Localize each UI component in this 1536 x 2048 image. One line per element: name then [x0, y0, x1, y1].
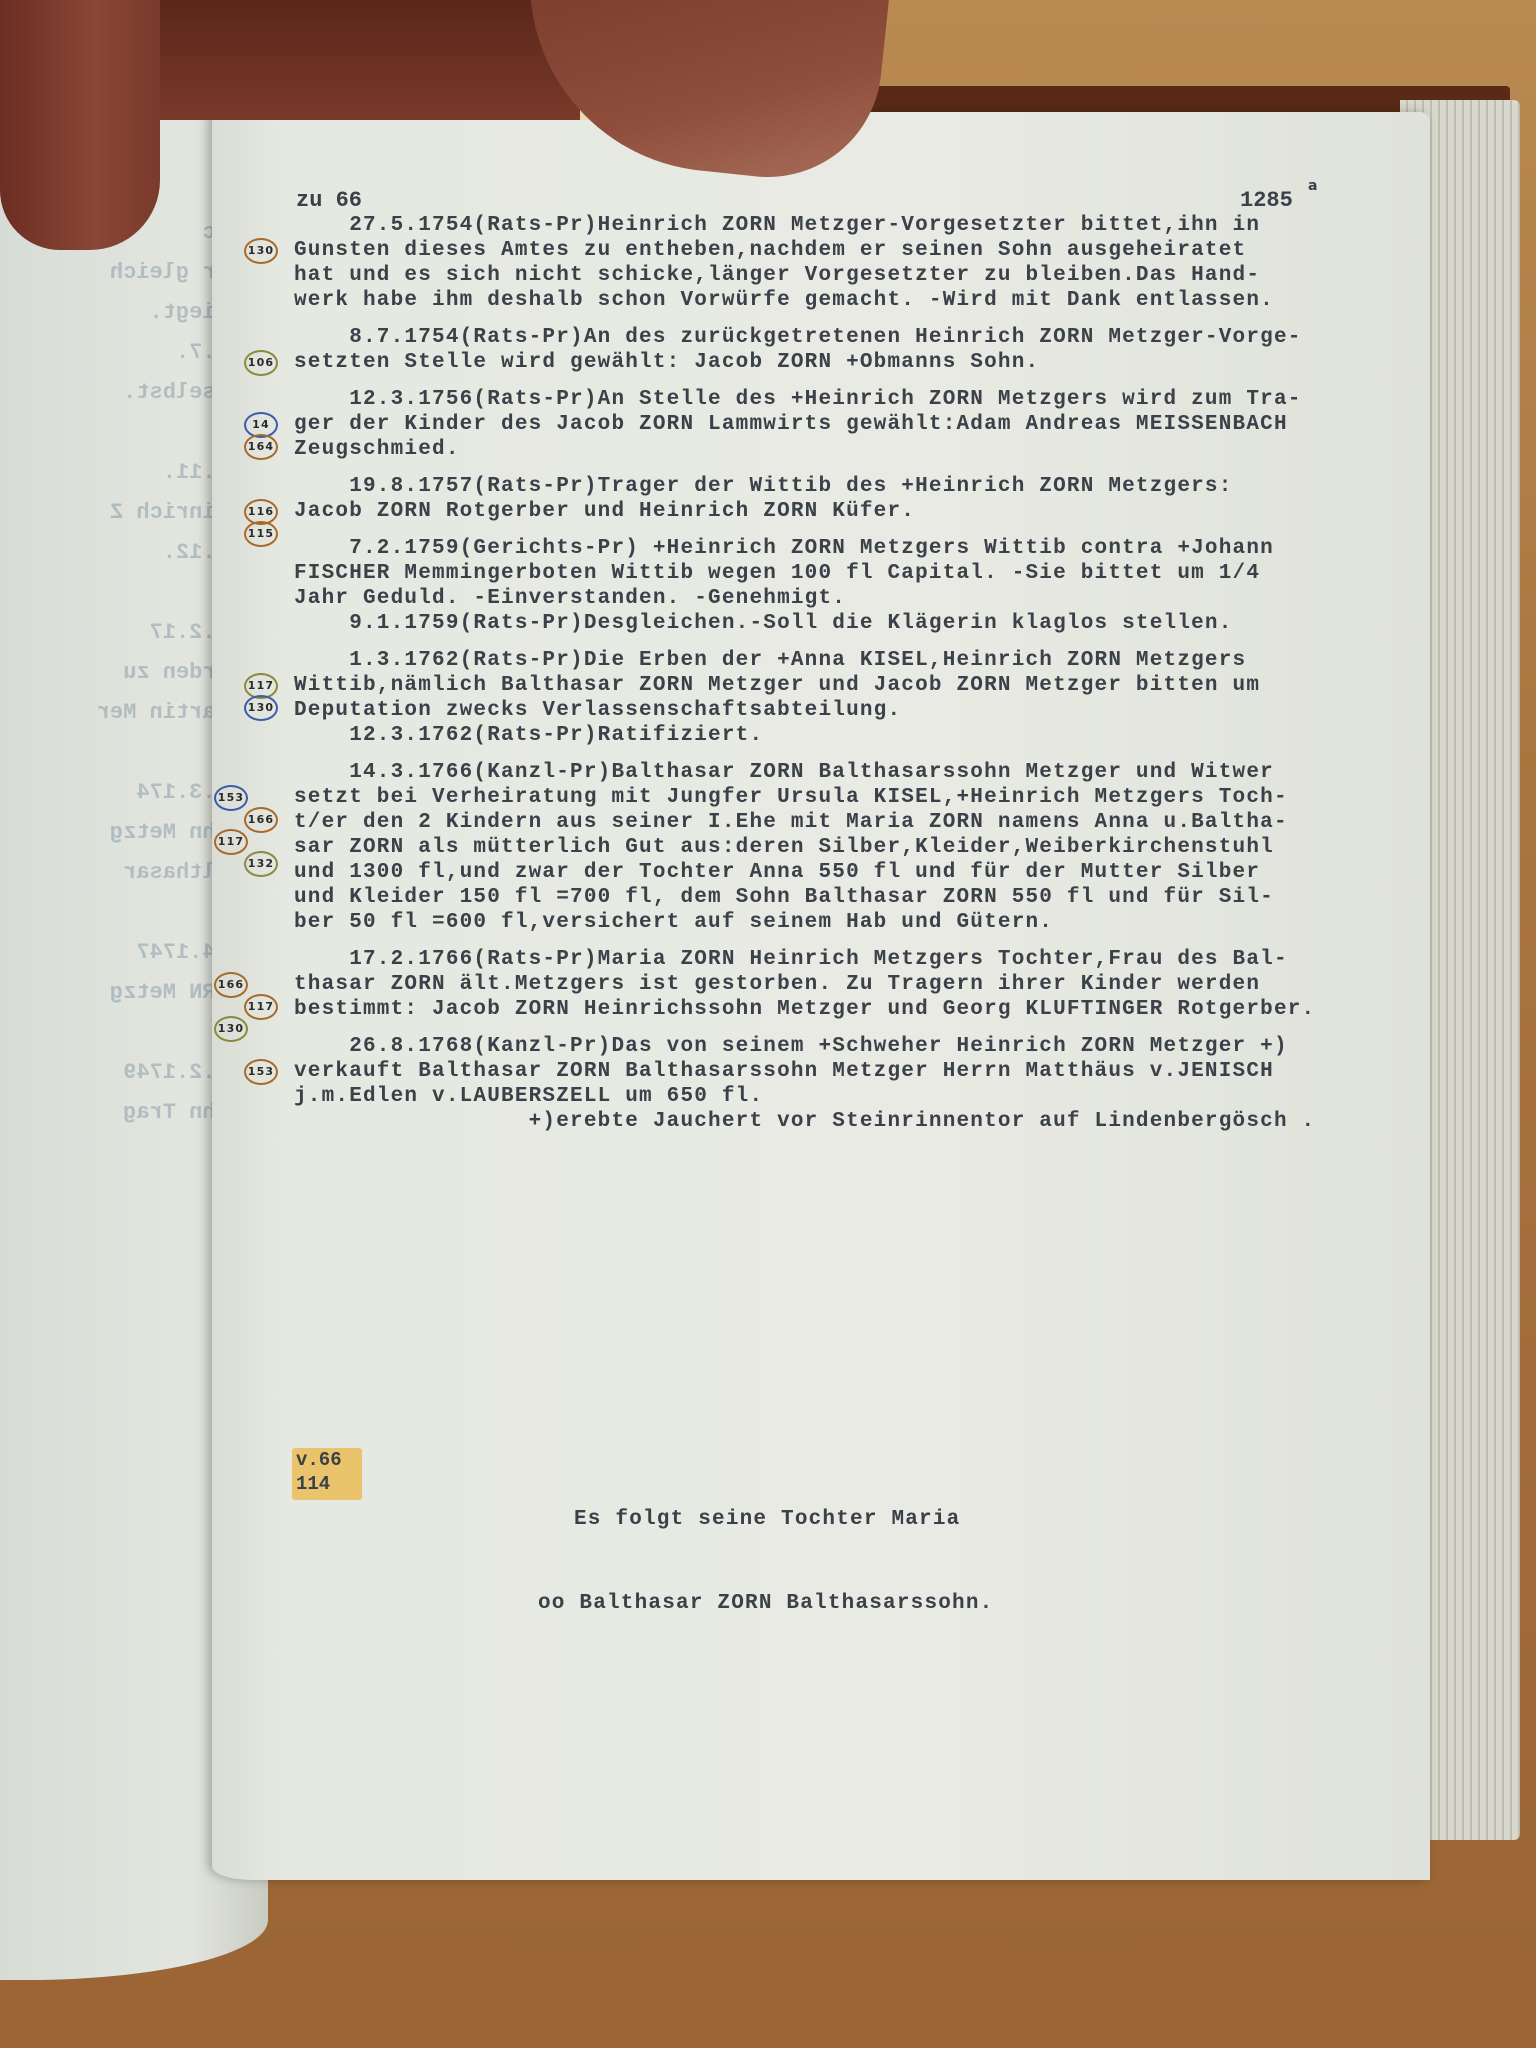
ghost-text-line: KORN Metzg — [0, 980, 242, 1006]
entry-line: FISCHER Memmingerboten Wittib wegen 100 … — [294, 561, 1434, 586]
reference-box-line: 114 — [296, 1472, 362, 1496]
ghost-text-line: Daselbst. — [0, 380, 242, 406]
entry-line: Jahr Geduld. -Einverstanden. -Genehmigt. — [294, 586, 1434, 611]
entry-line: 1.3.1762(Rats-Pr)Die Erben der +Anna KIS… — [294, 648, 1434, 673]
entry-line: 17.2.1766(Rats-Pr)Maria ZORN Heinrich Me… — [294, 947, 1434, 972]
document-entry: 19.8.1757(Rats-Pr)Trager der Wittib des … — [294, 474, 1434, 524]
ghost-text-line: vor gleich — [0, 260, 242, 286]
entry-line: sar ZORN als mütterlich Gut aus:deren Si… — [294, 835, 1434, 860]
margin-annotation: 166 — [244, 807, 278, 833]
entry-line: setzten Stelle wird gewählt: Jacob ZORN … — [294, 350, 1434, 375]
margin-annotation: 130 — [244, 695, 278, 721]
ghost-text-line: stiegt. — [0, 300, 242, 326]
hand-palm — [160, 0, 580, 120]
margin-annotation: 130 — [214, 1016, 248, 1042]
entry-line: Zeugschmied. — [294, 437, 1434, 462]
ghost-text-line: 15.2.17 — [0, 620, 242, 646]
entry-line: ger der Kinder des Jacob ZORN Lammwirts … — [294, 412, 1434, 437]
document-entry: 8.7.1754(Rats-Pr)An des zurückgetretenen… — [294, 325, 1434, 375]
entry-line: und Kleider 150 fl =700 fl, dem Sohn Bal… — [294, 885, 1434, 910]
document-entry: 14.3.1766(Kanzl-Pr)Balthasar ZORN Baltha… — [294, 760, 1434, 935]
entry-line: +)erebte Jauchert vor Steinrinnentor auf… — [294, 1109, 1434, 1134]
ghost-text-line: sohn Metzg — [0, 820, 242, 846]
reference-box: v.66 114 — [292, 1448, 362, 1500]
entry-line: 8.7.1754(Rats-Pr)An des zurückgetretenen… — [294, 325, 1434, 350]
ghost-text-line: 1.4.1747 — [0, 940, 242, 966]
entry-line: bestimmt: Jacob ZORN Heinrichssohn Metzg… — [294, 997, 1434, 1022]
entry-line: 26.8.1768(Kanzl-Pr)Das von seinem +Schwe… — [294, 1034, 1434, 1059]
ghost-text-line: 20.3.174 — [0, 780, 242, 806]
document-entry: 1.3.1762(Rats-Pr)Die Erben der +Anna KIS… — [294, 648, 1434, 748]
ghost-text-line: Heinrich Z — [0, 500, 242, 526]
entry-line: 12.3.1756(Rats-Pr)An Stelle des +Heinric… — [294, 387, 1434, 412]
entry-line: 19.8.1757(Rats-Pr)Trager der Wittib des … — [294, 474, 1434, 499]
footer-line: Es folgt seine Tochter Maria — [538, 1506, 993, 1534]
entry-line: t/er den 2 Kindern aus seiner I.Ehe mit … — [294, 810, 1434, 835]
entry-line: 12.3.1762(Rats-Pr)Ratifiziert. — [294, 723, 1434, 748]
entry-line: 27.5.1754(Rats-Pr)Heinrich ZORN Metzger-… — [294, 213, 1434, 238]
document-entry: 12.3.1756(Rats-Pr)An Stelle des +Heinric… — [294, 387, 1434, 462]
entry-line: verkauft Balthasar ZORN Balthasarssohn M… — [294, 1059, 1434, 1084]
margin-annotation: 115 — [244, 521, 278, 547]
entry-line: thasar ZORN ält.Metzgers ist gestorben. … — [294, 972, 1434, 997]
margin-annotation: 153 — [214, 785, 248, 811]
ghost-text-line: werden zu — [0, 660, 242, 686]
margin-annotation: 164 — [244, 434, 278, 460]
entry-line: Gunsten dieses Amtes zu entheben,nachdem… — [294, 238, 1434, 263]
margin-annotation: 106 — [244, 350, 278, 376]
ghost-text-line: 15.11. — [0, 460, 242, 486]
margin-annotation: 117 — [214, 829, 248, 855]
entry-line: werk habe ihm deshalb schon Vorwürfe gem… — [294, 288, 1434, 313]
ghost-text-line: 28.2.1749 — [0, 1060, 242, 1086]
ghost-text-line: 12.7. — [0, 340, 242, 366]
margin-annotation: 117 — [244, 994, 278, 1020]
entry-line: ber 50 fl =600 fl,versichert auf seinem … — [294, 910, 1434, 935]
entry-line: 14.3.1766(Kanzl-Pr)Balthasar ZORN Baltha… — [294, 760, 1434, 785]
document-entry: 27.5.1754(Rats-Pr)Heinrich ZORN Metzger-… — [294, 213, 1434, 313]
document-body: 27.5.1754(Rats-Pr)Heinrich ZORN Metzger-… — [294, 188, 1434, 1146]
margin-annotation: 130 — [244, 238, 278, 264]
ghost-text-line: sohn Trag — [0, 1100, 242, 1126]
entry-line: Wittib,nämlich Balthasar ZORN Metzger un… — [294, 673, 1434, 698]
entry-line: Deputation zwecks Verlassenschaftsabteil… — [294, 698, 1434, 723]
entry-line: 7.2.1759(Gerichts-Pr) +Heinrich ZORN Met… — [294, 536, 1434, 561]
entry-line: setzt bei Verheiratung mit Jungfer Ursul… — [294, 785, 1434, 810]
ghost-text-line: +Martin Mer — [0, 700, 242, 726]
entry-line: hat und es sich nicht schicke,länger Vor… — [294, 263, 1434, 288]
entry-line: 9.1.1759(Rats-Pr)Desgleichen.-Soll die K… — [294, 611, 1434, 636]
footer-note: Es folgt seine Tochter Maria oo Balthasa… — [538, 1450, 993, 1646]
document-entry: 26.8.1768(Kanzl-Pr)Das von seinem +Schwe… — [294, 1034, 1434, 1134]
margin-annotation: 132 — [244, 851, 278, 877]
margin-annotation: 153 — [244, 1059, 278, 1085]
entry-line: und 1300 fl,und zwar der Tochter Anna 55… — [294, 860, 1434, 885]
document-entry: 7.2.1759(Gerichts-Pr) +Heinrich ZORN Met… — [294, 536, 1434, 636]
entry-line: j.m.Edlen v.LAUBERSZELL um 650 fl. — [294, 1084, 1434, 1109]
reference-box-line: v.66 — [296, 1448, 362, 1472]
hand-thumb — [0, 0, 160, 250]
document-entry: 17.2.1766(Rats-Pr)Maria ZORN Heinrich Me… — [294, 947, 1434, 1022]
entry-line: Jacob ZORN Rotgerber und Heinrich ZORN K… — [294, 499, 1434, 524]
ghost-text-line: Balthasar — [0, 860, 242, 886]
margin-annotation: 166 — [214, 972, 248, 998]
footer-line: oo Balthasar ZORN Balthasarssohn. — [538, 1590, 993, 1618]
ghost-text-line: 11.12. — [0, 540, 242, 566]
